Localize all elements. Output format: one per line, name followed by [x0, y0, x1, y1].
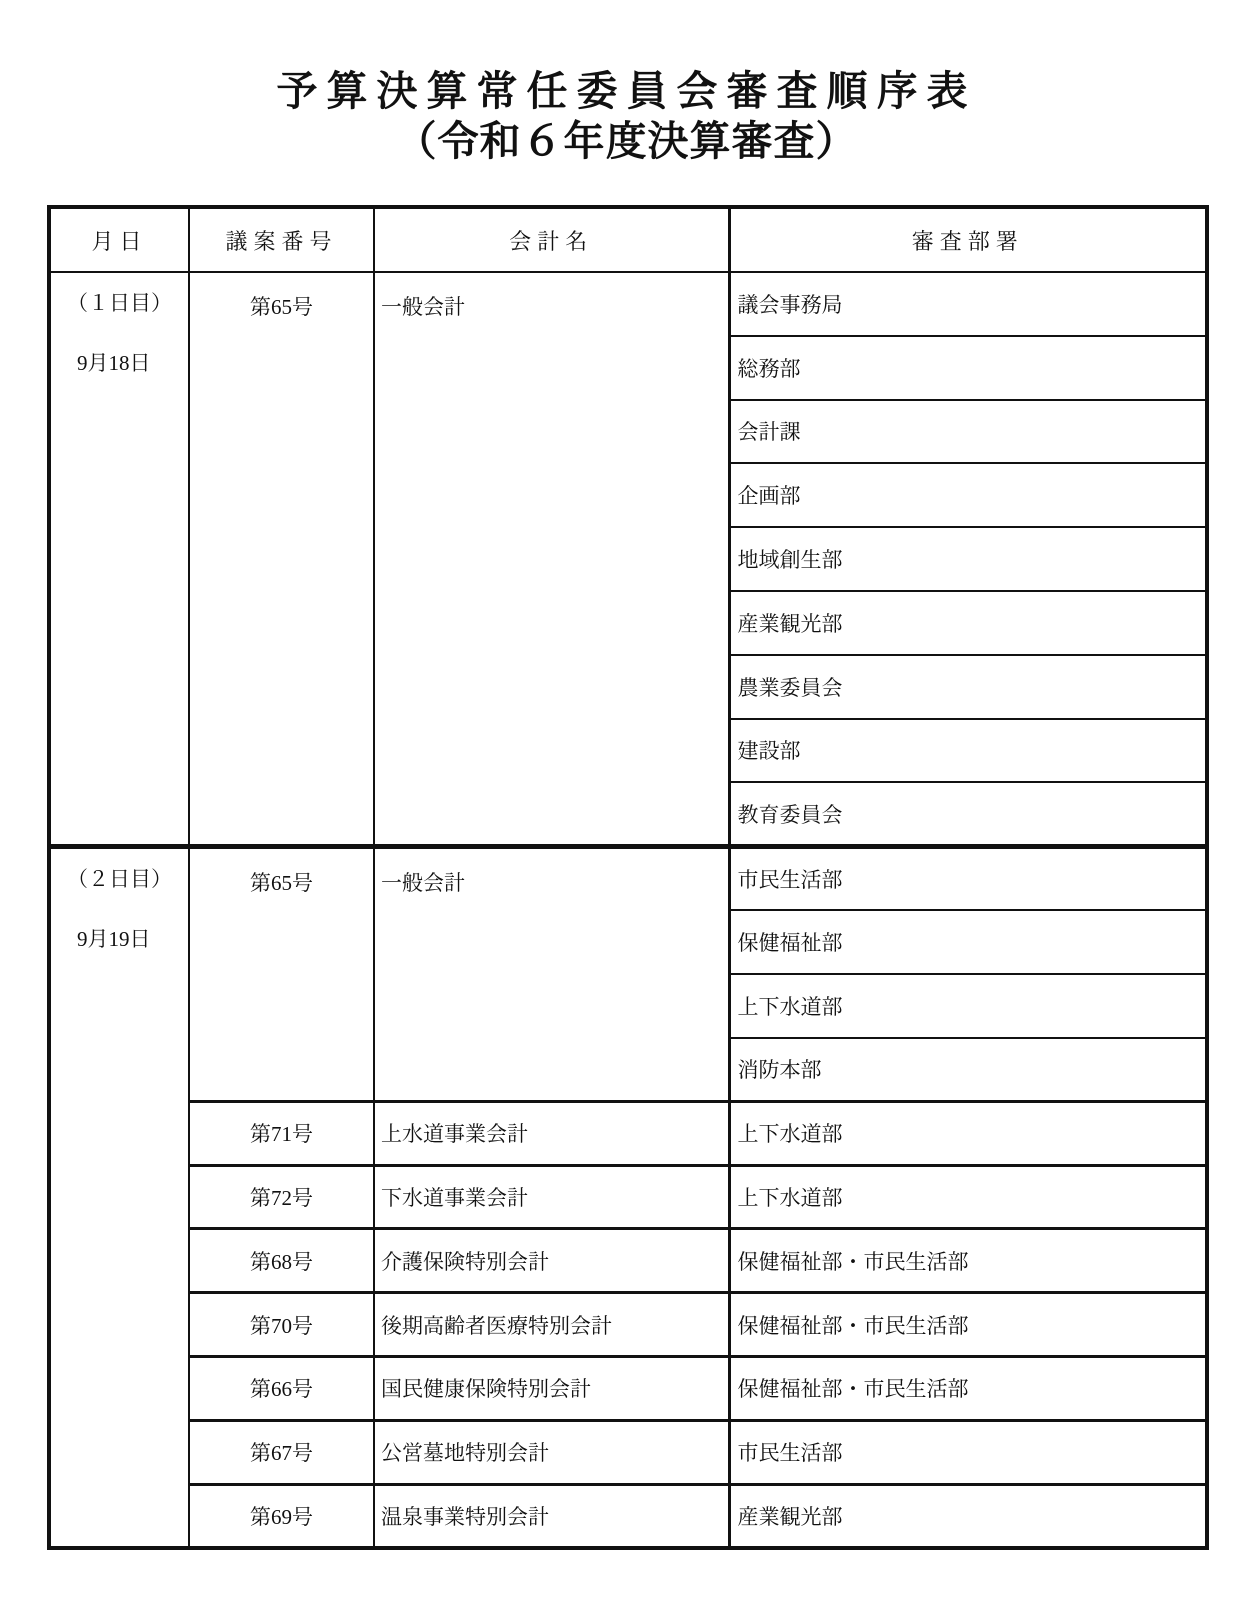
- department-cell: 農業委員会: [729, 655, 1207, 719]
- page-title-line1: 予算決算常任委員会審査順序表: [0, 66, 1253, 116]
- table-row: 第66号国民健康保険特別会計保健福祉部・市民生活部: [49, 1357, 1207, 1421]
- department-cell: 上下水道部: [729, 1101, 1207, 1165]
- day-label: （１日目）: [67, 289, 182, 317]
- department-cell: 議会事務局: [729, 272, 1207, 336]
- department-cell: 会計課: [729, 400, 1207, 464]
- department-cell: 保健福祉部: [729, 910, 1207, 974]
- table-row: （２日目）9月19日第65号一般会計市民生活部: [49, 846, 1207, 910]
- table-row: （１日目）9月18日第65号一般会計議会事務局: [49, 272, 1207, 336]
- bill-number-cell: 第70号: [189, 1293, 374, 1357]
- department-cell: 総務部: [729, 336, 1207, 400]
- department-cell: 保健福祉部・市民生活部: [729, 1229, 1207, 1293]
- table-row: 第72号下水道事業会計上下水道部: [49, 1165, 1207, 1229]
- account-name-cell: 下水道事業会計: [374, 1165, 729, 1229]
- account-name-cell: 公営墓地特別会計: [374, 1420, 729, 1484]
- department-cell: 上下水道部: [729, 1165, 1207, 1229]
- page-title-line2: （令和６年度決算審査）: [0, 116, 1253, 166]
- department-cell: 上下水道部: [729, 974, 1207, 1038]
- account-name-cell: 一般会計: [374, 272, 729, 846]
- table-row: 第68号介護保険特別会計保健福祉部・市民生活部: [49, 1229, 1207, 1293]
- day-label: （２日目）: [67, 865, 182, 893]
- department-cell: 企画部: [729, 463, 1207, 527]
- bill-number-cell: 第65号: [189, 272, 374, 846]
- department-cell: 建設部: [729, 719, 1207, 783]
- document-page: 予算決算常任委員会審査順序表 （令和６年度決算審査） 月日 議案番号 会計名 審…: [0, 0, 1253, 1610]
- bill-number-cell: 第71号: [189, 1101, 374, 1165]
- bill-number-cell: 第66号: [189, 1357, 374, 1421]
- review-order-table: 月日 議案番号 会計名 審査部署 （１日目）9月18日第65号一般会計議会事務局…: [47, 205, 1209, 1550]
- department-cell: 保健福祉部・市民生活部: [729, 1293, 1207, 1357]
- header-row: 月日 議案番号 会計名 審査部署: [49, 207, 1207, 272]
- department-cell: 市民生活部: [729, 846, 1207, 910]
- account-name-cell: 後期高齢者医療特別会計: [374, 1293, 729, 1357]
- department-cell: 地域創生部: [729, 527, 1207, 591]
- department-cell: 消防本部: [729, 1038, 1207, 1102]
- bill-number-cell: 第65号: [189, 846, 374, 1101]
- table-row: 第67号公営墓地特別会計市民生活部: [49, 1420, 1207, 1484]
- department-cell: 教育委員会: [729, 782, 1207, 846]
- page-title: 予算決算常任委員会審査順序表 （令和６年度決算審査）: [0, 66, 1253, 166]
- bill-number-cell: 第69号: [189, 1484, 374, 1548]
- table-row: 第71号上水道事業会計上下水道部: [49, 1101, 1207, 1165]
- header-cell-review-department: 審査部署: [729, 207, 1207, 272]
- account-name-cell: 上水道事業会計: [374, 1101, 729, 1165]
- department-cell: 市民生活部: [729, 1420, 1207, 1484]
- account-name-cell: 介護保険特別会計: [374, 1229, 729, 1293]
- bill-number-cell: 第72号: [189, 1165, 374, 1229]
- bill-number-cell: 第67号: [189, 1420, 374, 1484]
- date-cell: （２日目）9月19日: [49, 846, 189, 1548]
- department-cell: 産業観光部: [729, 591, 1207, 655]
- account-name-cell: 温泉事業特別会計: [374, 1484, 729, 1548]
- account-name-cell: 国民健康保険特別会計: [374, 1357, 729, 1421]
- date-label: 9月19日: [67, 925, 182, 953]
- department-cell: 保健福祉部・市民生活部: [729, 1357, 1207, 1421]
- bill-number-cell: 第68号: [189, 1229, 374, 1293]
- date-cell: （１日目）9月18日: [49, 272, 189, 846]
- header-cell-date: 月日: [49, 207, 189, 272]
- header-cell-bill-number: 議案番号: [189, 207, 374, 272]
- table-row: 第69号温泉事業特別会計産業観光部: [49, 1484, 1207, 1548]
- account-name-cell: 一般会計: [374, 846, 729, 1101]
- date-label: 9月18日: [67, 349, 182, 377]
- header-cell-account-name: 会計名: [374, 207, 729, 272]
- table-row: 第70号後期高齢者医療特別会計保健福祉部・市民生活部: [49, 1293, 1207, 1357]
- department-cell: 産業観光部: [729, 1484, 1207, 1548]
